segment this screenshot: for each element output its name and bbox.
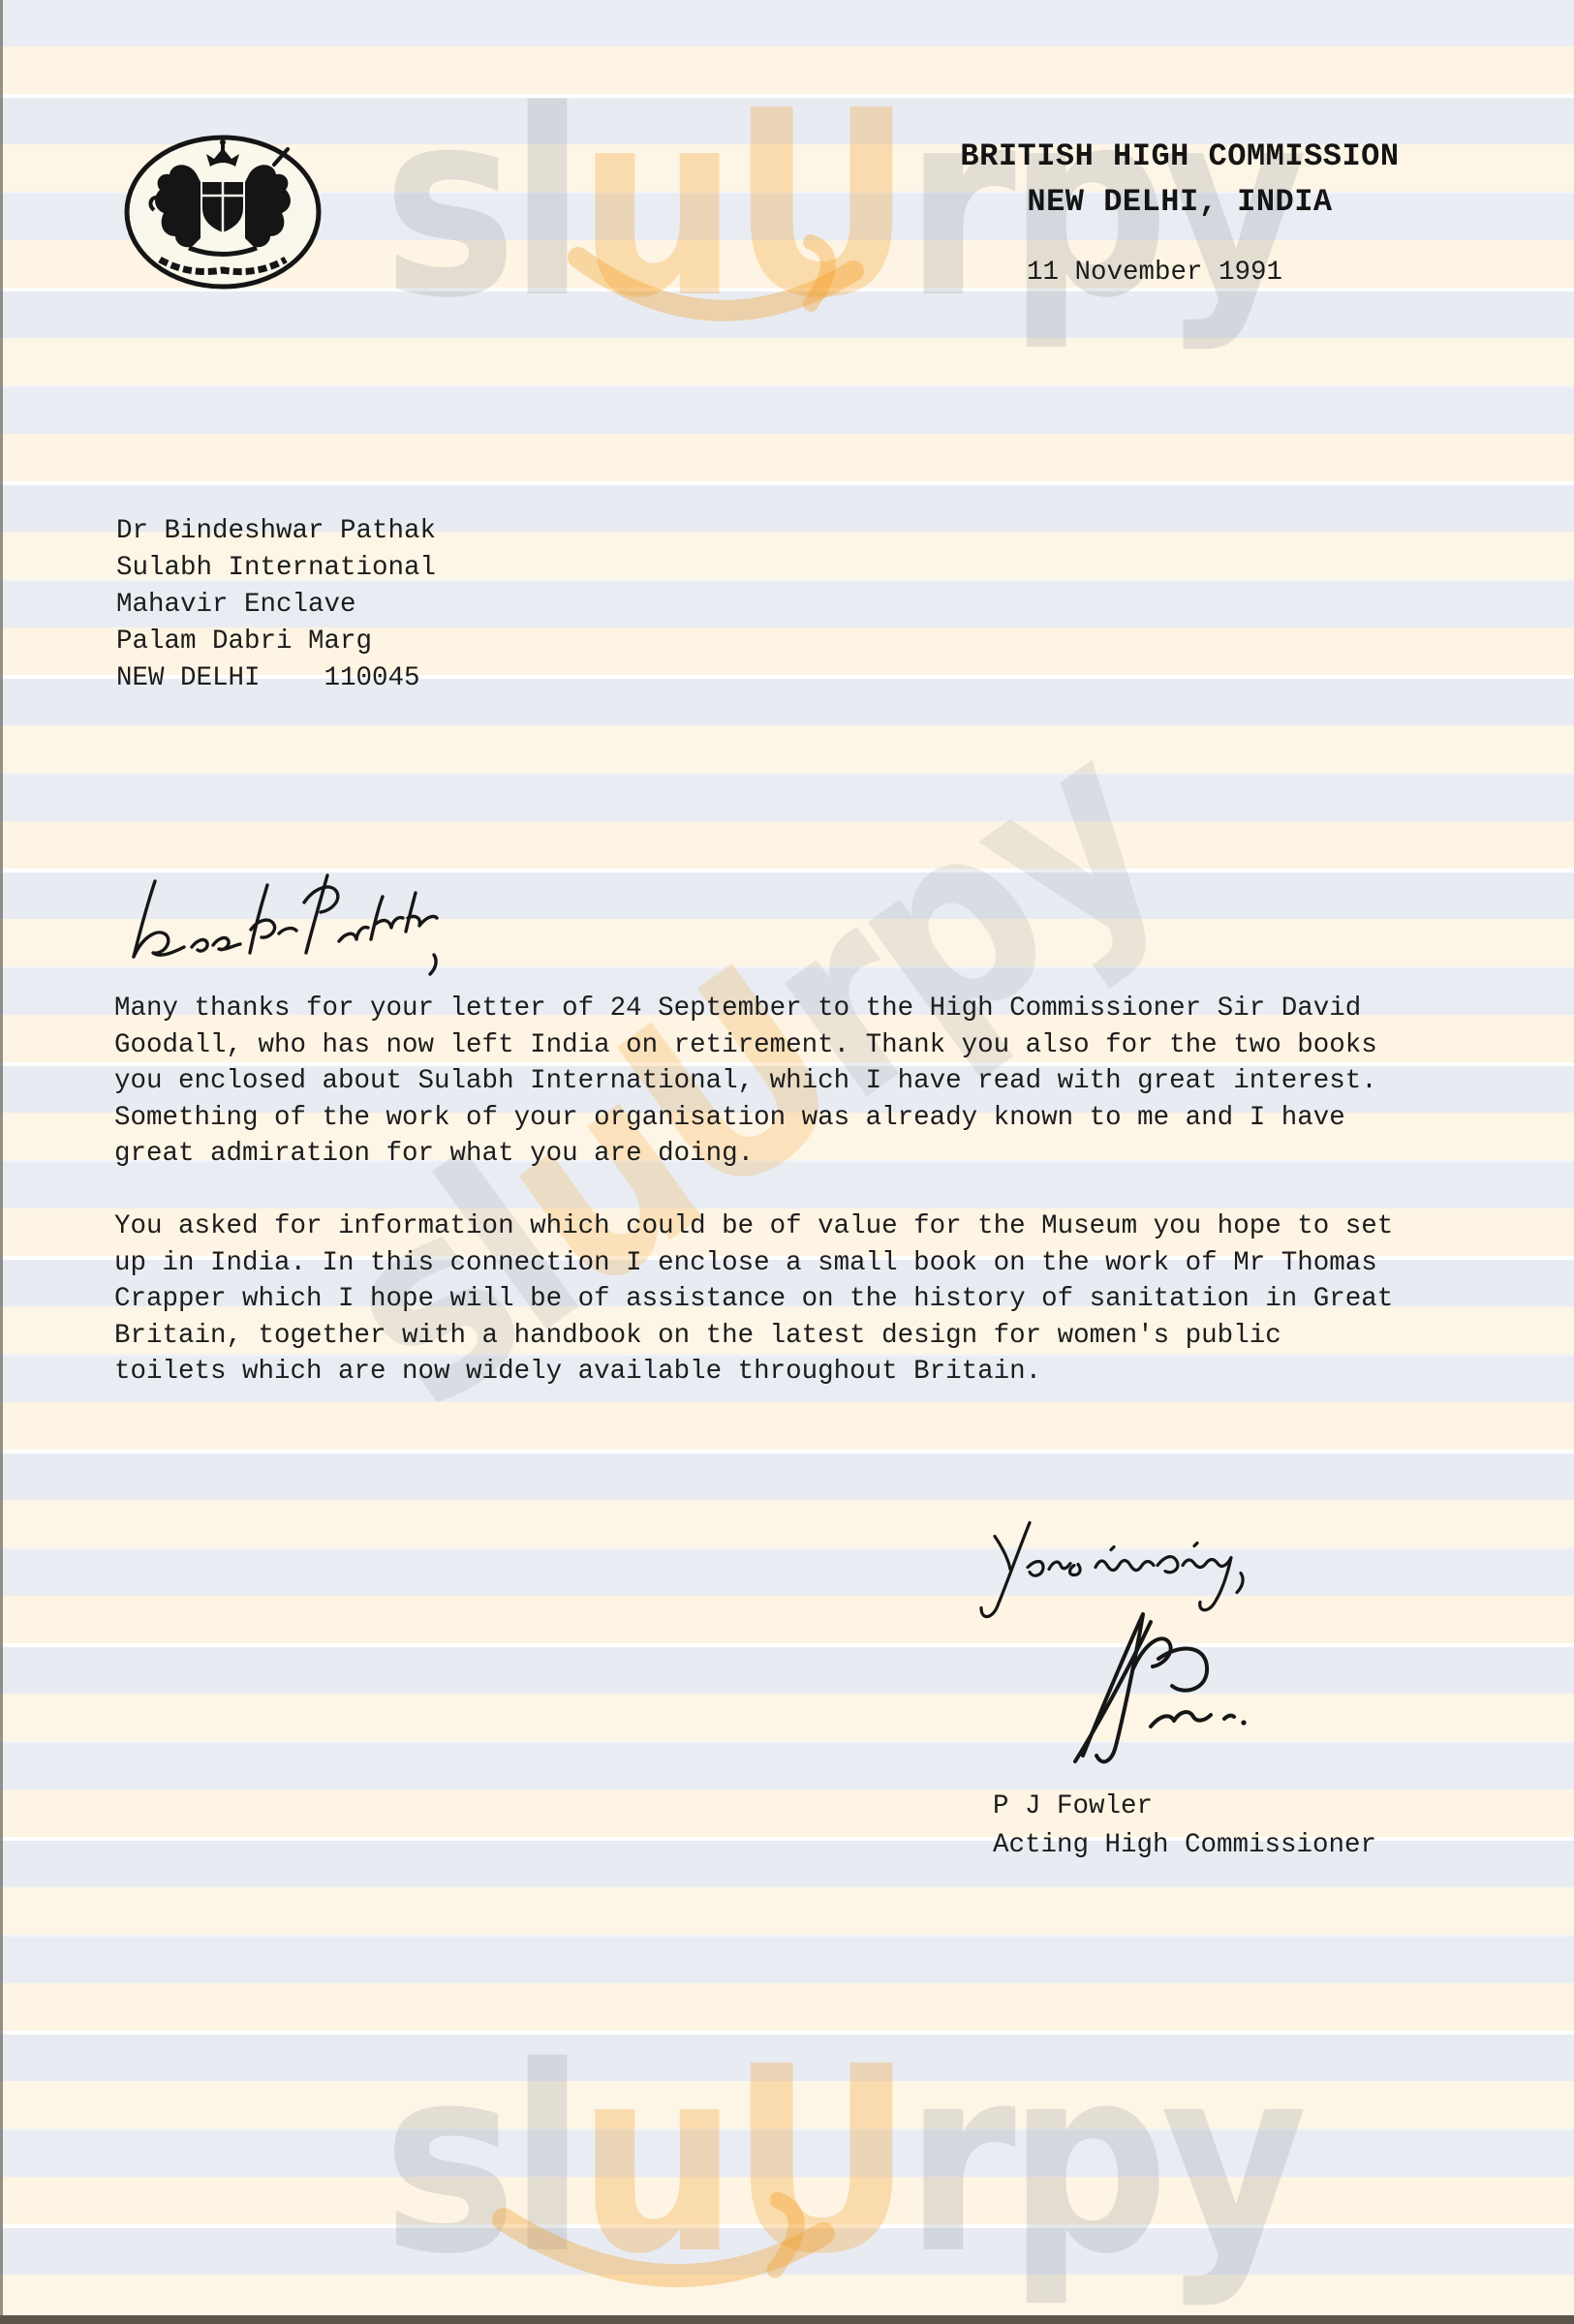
sluurpy-watermark-bottom: sluUrpy [383,2033,1299,2290]
signer-name: P J Fowler [993,1791,1153,1821]
watermark-smile-icon [489,2190,857,2321]
scan-edge-bottom [0,2315,1574,2324]
letterhead-block: BRITISH HIGH COMMISSION NEW DELHI, INDIA [938,134,1422,225]
signer-title: Acting High Commissioner [993,1830,1376,1860]
watermark-text: sl [383,56,577,354]
signer-block: P J Fowler Acting High Commissioner [993,1788,1376,1865]
scanned-letter-page: sluUrpy sluUrpy sluUrpy BRITISH HIGH COM… [0,0,1574,2324]
organization-location: NEW DELHI, INDIA [1027,184,1332,220]
body-paragraph-2: You asked for information which could be… [114,1208,1393,1391]
letter-date: 11 November 1991 [1027,258,1282,288]
organization-name: BRITISH HIGH COMMISSION [960,138,1399,174]
scan-edge-left [0,0,3,2324]
recipient-address: Dr Bindeshwar Pathak Sulabh Internationa… [116,513,436,697]
watermark-text: rpy [905,2012,1300,2310]
signature [1046,1603,1259,1777]
watermark-text: uU [577,56,905,354]
watermark-smile-icon [567,232,877,358]
watermark-text: uU [577,2012,905,2310]
royal-coat-of-arms [121,132,324,293]
body-paragraph-1: Many thanks for your letter of 24 Septem… [114,991,1377,1173]
watermark-text: sl [383,2012,577,2310]
handwritten-salutation [122,866,451,982]
